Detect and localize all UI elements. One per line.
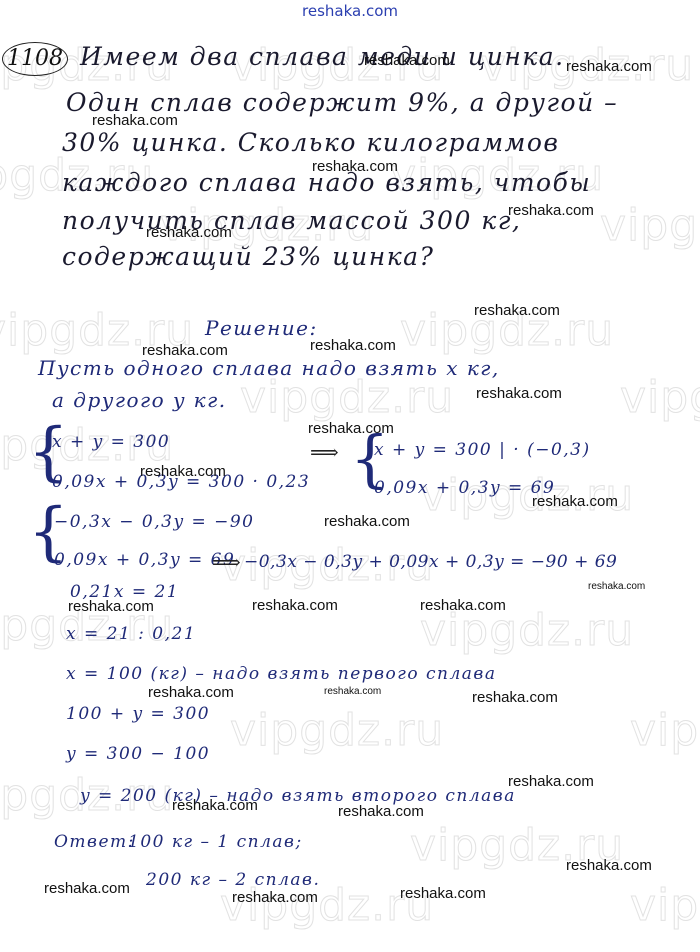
implies-arrow-icon: ⟹ [212,550,242,574]
watermark-reshaka: reshaka.com [588,581,645,592]
watermark-reshaka: reshaka.com [474,302,560,319]
watermark-reshaka: reshaka.com [142,342,228,359]
watermark-reshaka: reshaka.com [566,58,652,75]
watermark-reshaka: reshaka.com [400,885,486,902]
watermark-vipgdz: vipgdz.ru [620,372,700,423]
watermark-reshaka: reshaka.com [312,158,398,175]
watermark-reshaka: reshaka.com [508,773,594,790]
step-line: y = 300 − 100 [66,744,210,764]
answer-line: 200 кг – 2 сплав. [146,870,320,890]
system3-eq2: 0,09x + 0,3y = 69 [54,550,235,570]
watermark-reshaka: reshaka.com [232,889,318,906]
answer-line: 100 кг – 1 сплав; [128,832,303,852]
system1-eq1: x + y = 300 [52,432,170,452]
site-brand-header[interactable]: reshaka.com [0,2,700,20]
watermark-reshaka: reshaka.com [146,224,232,241]
solution-intro: а другого y кг. [52,388,227,412]
watermark-reshaka: reshaka.com [566,857,652,874]
watermark-reshaka: reshaka.com [472,689,558,706]
watermark-reshaka: reshaka.com [252,597,338,614]
watermark-vipgdz: vipgdz.ru [630,705,700,756]
system2-eq1: x + y = 300 | · (−0,3) [374,440,591,460]
watermark-vipgdz: vipgdz.ru [630,880,700,931]
step-line: x = 100 (кг) – надо взять первого сплава [66,664,496,684]
watermark-reshaka: reshaka.com [68,598,154,615]
step-line: y = 200 (кг) – надо взять второго сплава [80,786,516,806]
watermark-reshaka: reshaka.com [148,684,234,701]
watermark-reshaka: reshaka.com [310,337,396,354]
sum-line: −0,3x − 0,3y + 0,09x + 0,3y = −90 + 69 [244,552,617,572]
step-line: x = 21 : 0,21 [66,624,196,644]
system3-eq1: −0,3x − 0,3y = −90 [54,512,255,532]
watermark-reshaka: reshaka.com [364,52,450,69]
problem-line: содержащий 23% цинка? [62,242,434,271]
watermark-reshaka: reshaka.com [420,597,506,614]
step-line: 100 + y = 300 [66,704,210,724]
watermark-reshaka: reshaka.com [324,686,381,697]
problem-line: Имеем два сплава меди и цинка. [80,42,565,71]
watermark-reshaka: reshaka.com [324,513,410,530]
solution-intro: Пусть одного сплава надо взять x кг, [38,356,500,380]
problem-number: 1108 [2,42,68,76]
implies-arrow-icon: ⟹ [310,440,340,464]
watermark-reshaka: reshaka.com [44,880,130,897]
watermark-vipgdz: vipgdz.ru [230,705,444,756]
watermark-reshaka: reshaka.com [508,202,594,219]
solution-heading: Решение: [205,316,318,340]
system2-eq2: 0,09x + 0,3y = 69 [374,478,555,498]
watermark-reshaka: reshaka.com [476,385,562,402]
watermark-reshaka: reshaka.com [140,463,226,480]
problem-line: получить сплав массой 300 кг, [62,206,521,235]
watermark-reshaka: reshaka.com [338,803,424,820]
watermark-reshaka: reshaka.com [532,493,618,510]
answer-label: Ответ: [54,832,135,852]
watermark-reshaka: reshaka.com [92,112,178,129]
problem-line: 30% цинка. Сколько килограммов [62,128,559,157]
watermark-vipgdz: vipgdz.ru [600,200,700,251]
watermark-reshaka: reshaka.com [308,420,394,437]
watermark-reshaka: reshaka.com [172,797,258,814]
